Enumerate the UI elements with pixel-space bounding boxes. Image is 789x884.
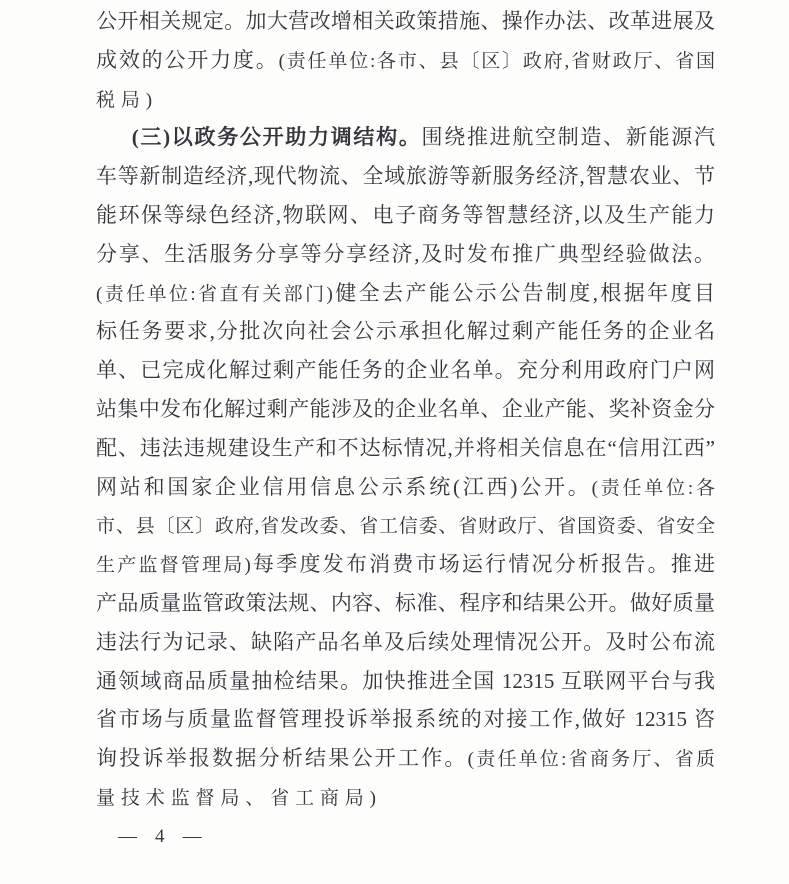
text-line: 量技术监督局、省工商局) xyxy=(96,778,715,817)
text-run-kai: (责任单位:省直有关部门) xyxy=(96,284,333,305)
text-run-body: 配、违法违规建设生产和不达标情况,并将相关信息在“信用江西” xyxy=(96,436,715,460)
text-line: 车等新制造经济,现代物流、全域旅游等新服务经济,智慧农业、节 xyxy=(96,157,715,196)
text-line: 标任务要求,分批次向社会公示承担化解过剩产能任务的企业名 xyxy=(96,312,715,351)
document-text: 公开相关规定。加大营改增相关政策措施、操作办法、改革进展及成效的公开力度。(责任… xyxy=(96,2,715,817)
text-line: 配、违法违规建设生产和不达标情况,并将相关信息在“信用江西” xyxy=(96,429,715,468)
text-line: 询投诉举报数据分析结果公开工作。(责任单位:省商务厅、省质 xyxy=(96,739,715,778)
text-run-kai: 量技术监督局、省工商局) xyxy=(96,788,382,809)
text-line: 单、已完成化解过剩产能任务的企业名单。充分利用政府门户网 xyxy=(96,351,715,390)
text-run-body: 产品质量监管政策法规、内容、标准、程序和结果公开。做好质量 xyxy=(96,591,715,615)
text-run-kai: 市、县〔区〕政府,省发改委、省工信委、省财政厅、省国资委、省安全 xyxy=(96,516,715,537)
text-run-body: 省市场与质量监督管理投诉举报系统的对接工作,做好 12315 咨 xyxy=(96,707,715,731)
text-line: 站集中发布化解过剩产能涉及的企业名单、企业产能、奖补资金分 xyxy=(96,390,715,429)
text-run-kai: 税局) xyxy=(96,90,158,111)
text-run-body: 成效的公开力度。 xyxy=(96,48,279,72)
text-line: 能环保等绿色经济,物联网、电子商务等智慧经济,以及生产能力 xyxy=(96,196,715,235)
text-line: 税局) xyxy=(96,80,715,119)
text-run-body: 通领域商品质量抽检结果。加快推进全国 12315 互联网平台与我 xyxy=(96,669,715,693)
text-line: 分享、生活服务分享等分享经济,及时发布推广典型经验做法。 xyxy=(96,235,715,274)
text-run-kai: (责任单位:各市、县〔区〕政府,省财政厅、省国 xyxy=(279,51,715,72)
text-run-body: 标任务要求,分批次向社会公示承担化解过剩产能任务的企业名 xyxy=(96,319,715,343)
text-line: (三)以政务公开助力调结构。围绕推进航空制造、新能源汽 xyxy=(96,118,715,157)
text-run-body: 违法行为记录、缺陷产品名单及后续处理情况公开。及时公布流 xyxy=(96,630,715,654)
text-run-body: 每季度发布消费市场运行情况分析报告。推进 xyxy=(251,552,715,576)
text-line: 产品质量监管政策法规、内容、标准、程序和结果公开。做好质量 xyxy=(96,584,715,623)
text-line: 省市场与质量监督管理投诉举报系统的对接工作,做好 12315 咨 xyxy=(96,700,715,739)
text-run-body: 单、已完成化解过剩产能任务的企业名单。充分利用政府门户网 xyxy=(96,358,715,382)
text-run-kai: 生产监督管理局) xyxy=(96,555,251,576)
text-line: 通领域商品质量抽检结果。加快推进全国 12315 互联网平台与我 xyxy=(96,662,715,701)
text-run-body: 网站和国家企业信用信息公示系统(江西)公开。 xyxy=(96,475,592,499)
text-line: (责任单位:省直有关部门)健全去产能公示公告制度,根据年度目 xyxy=(96,274,715,313)
text-line: 市、县〔区〕政府,省发改委、省工信委、省财政厅、省国资委、省安全 xyxy=(96,506,715,545)
text-line: 生产监督管理局)每季度发布消费市场运行情况分析报告。推进 xyxy=(96,545,715,584)
text-line: 成效的公开力度。(责任单位:各市、县〔区〕政府,省财政厅、省国 xyxy=(96,41,715,80)
text-run-kai: (责任单位:各 xyxy=(592,478,715,499)
text-run-body: 健全去产能公示公告制度,根据年度目 xyxy=(333,281,715,305)
text-line: 违法行为记录、缺陷产品名单及后续处理情况公开。及时公布流 xyxy=(96,623,715,662)
page-number: — 4 — xyxy=(118,826,208,848)
text-line: 公开相关规定。加大营改增相关政策措施、操作办法、改革进展及 xyxy=(96,2,715,41)
document-page: 公开相关规定。加大营改增相关政策措施、操作办法、改革进展及成效的公开力度。(责任… xyxy=(0,0,789,884)
text-run-body: 围绕推进航空制造、新能源汽 xyxy=(422,125,715,149)
text-run-body: 能环保等绿色经济,物联网、电子商务等智慧经济,以及生产能力 xyxy=(96,203,715,227)
text-run-body: 站集中发布化解过剩产能涉及的企业名单、企业产能、奖补资金分 xyxy=(96,397,715,421)
text-run-body: 分享、生活服务分享等分享经济,及时发布推广典型经验做法。 xyxy=(96,242,715,266)
text-run-heading: (三)以政务公开助力调结构。 xyxy=(132,125,422,149)
text-run-kai: (责任单位:省商务厅、省质 xyxy=(468,749,715,770)
text-run-body: 公开相关规定。加大营改增相关政策措施、操作办法、改革进展及 xyxy=(96,9,715,33)
text-line: 网站和国家企业信用信息公示系统(江西)公开。(责任单位:各 xyxy=(96,468,715,507)
text-run-body: 车等新制造经济,现代物流、全域旅游等新服务经济,智慧农业、节 xyxy=(96,164,715,188)
text-run-body: 询投诉举报数据分析结果公开工作。 xyxy=(96,746,468,770)
